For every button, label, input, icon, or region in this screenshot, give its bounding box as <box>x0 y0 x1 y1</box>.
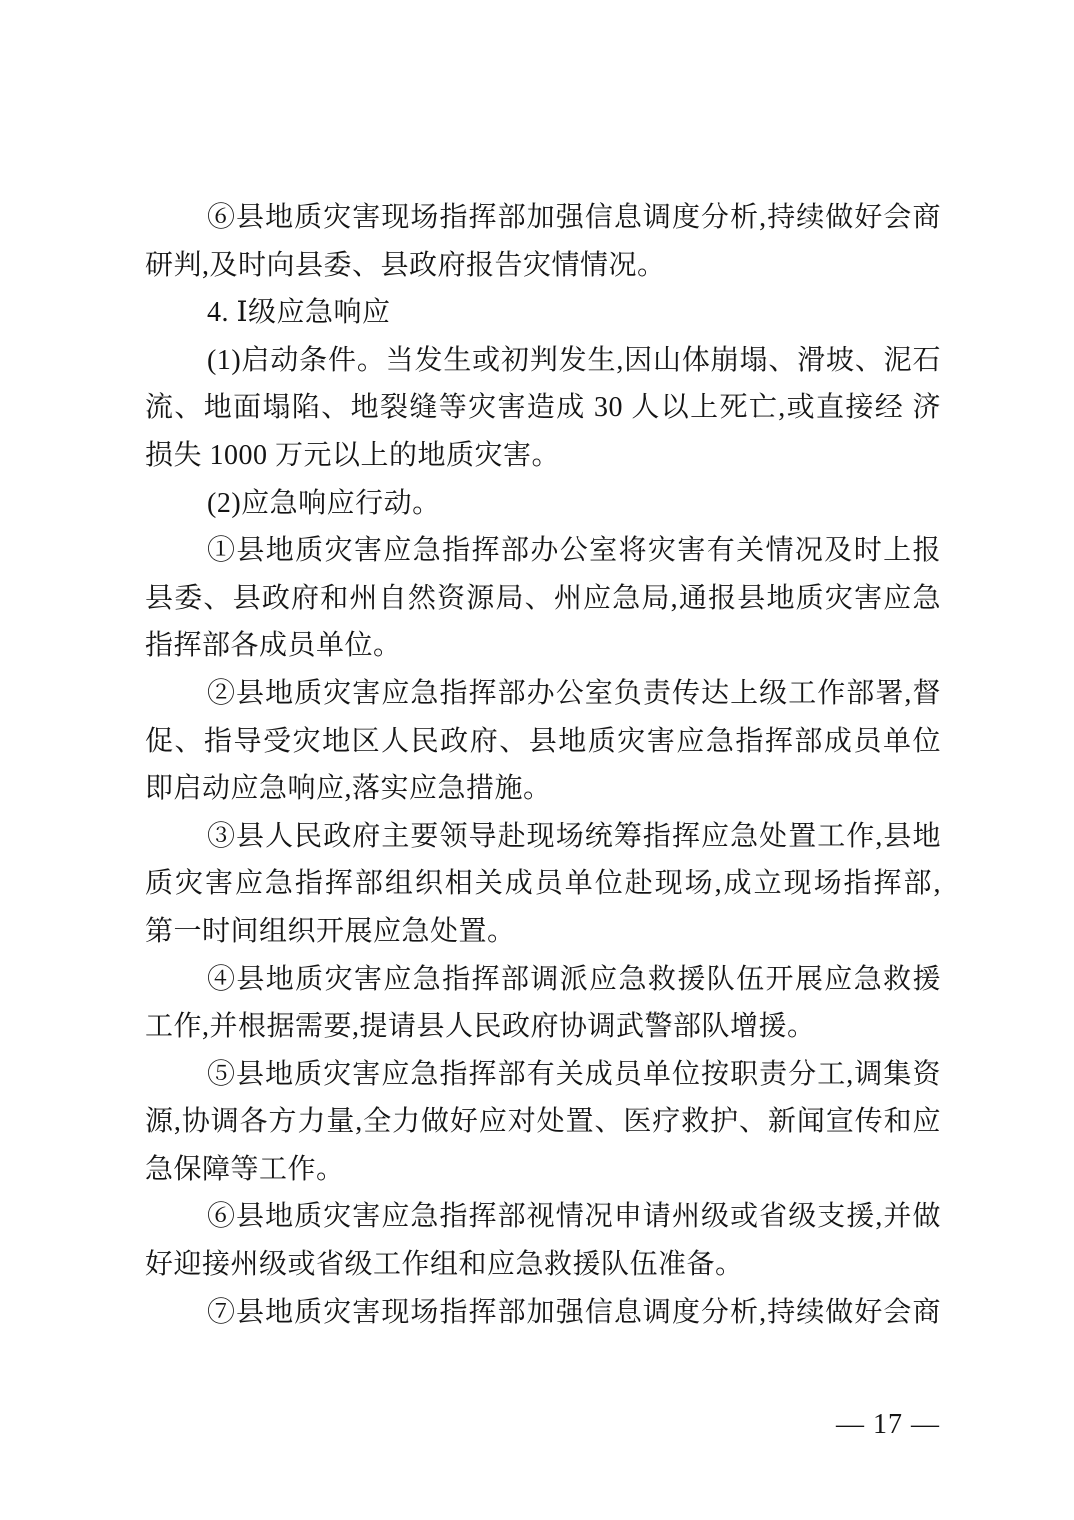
text-line: ⑥县地质灾害现场指挥部加强信息调度分析,持续做好会商 <box>145 194 941 242</box>
paragraph: ⑥县地质灾害应急指挥部视情况申请州级或省级支援,并做 好迎接州级或省级工作组和应… <box>145 1193 941 1288</box>
paragraph: ⑦县地质灾害现场指挥部加强信息调度分析,持续做好会商 <box>145 1289 941 1337</box>
text-line: 促、指导受灾地区人民政府、县地质灾害应急指挥部成员单位立 <box>145 718 941 766</box>
paragraph-heading: 4. Ⅰ级应急响应 <box>145 289 941 337</box>
paragraph: ⑥县地质灾害现场指挥部加强信息调度分析,持续做好会商 研判,及时向县委、县政府报… <box>145 194 941 289</box>
text-line: ③县人民政府主要领导赴现场统筹指挥应急处置工作,县地 <box>145 813 941 861</box>
paragraph: (1)启动条件。当发生或初判发生,因山体崩塌、滑坡、泥石 流、地面塌陷、地裂缝等… <box>145 337 941 480</box>
text-line: 流、地面塌陷、地裂缝等灾害造成 30 人以上死亡,或直接经 济 <box>145 384 941 432</box>
text-line: 质灾害应急指挥部组织相关成员单位赴现场,成立现场指挥部, <box>145 860 941 908</box>
text-line: 急保障等工作。 <box>145 1146 941 1194</box>
text-line: (1)启动条件。当发生或初判发生,因山体崩塌、滑坡、泥石 <box>145 337 941 385</box>
text-line: ①县地质灾害应急指挥部办公室将灾害有关情况及时上报 <box>145 527 941 575</box>
paragraph: ①县地质灾害应急指挥部办公室将灾害有关情况及时上报 县委、县政府和州自然资源局、… <box>145 527 941 670</box>
text-line: 指挥部各成员单位。 <box>145 622 941 670</box>
text-line: 工作,并根据需要,提请县人民政府协调武警部队增援。 <box>145 1003 941 1051</box>
text-line: ⑦县地质灾害现场指挥部加强信息调度分析,持续做好会商 <box>145 1289 941 1337</box>
paragraph: ⑤县地质灾害应急指挥部有关成员单位按职责分工,调集资 源,协调各方力量,全力做好… <box>145 1051 941 1194</box>
paragraph: (2)应急响应行动。 <box>145 480 941 528</box>
text-line: 损失 1000 万元以上的地质灾害。 <box>145 432 941 480</box>
text-line: 即启动应急响应,落实应急措施。 <box>145 765 941 813</box>
text-line: 4. Ⅰ级应急响应 <box>145 289 941 337</box>
document-page: ⑥县地质灾害现场指挥部加强信息调度分析,持续做好会商 研判,及时向县委、县政府报… <box>0 0 1074 1520</box>
text-line: (2)应急响应行动。 <box>145 480 941 528</box>
text-line: 源,协调各方力量,全力做好应对处置、医疗救护、新闻宣传和应 <box>145 1098 941 1146</box>
text-line: 第一时间组织开展应急处置。 <box>145 908 941 956</box>
page-number: — 17 — <box>836 1405 940 1445</box>
text-line: ⑥县地质灾害应急指挥部视情况申请州级或省级支援,并做 <box>145 1193 941 1241</box>
paragraph: ②县地质灾害应急指挥部办公室负责传达上级工作部署,督 促、指导受灾地区人民政府、… <box>145 670 941 813</box>
text-line: ④县地质灾害应急指挥部调派应急救援队伍开展应急救援 <box>145 956 941 1004</box>
text-line: 好迎接州级或省级工作组和应急救援队伍准备。 <box>145 1241 941 1289</box>
paragraph: ③县人民政府主要领导赴现场统筹指挥应急处置工作,县地 质灾害应急指挥部组织相关成… <box>145 813 941 956</box>
document-body: ⑥县地质灾害现场指挥部加强信息调度分析,持续做好会商 研判,及时向县委、县政府报… <box>145 194 941 1336</box>
paragraph: ④县地质灾害应急指挥部调派应急救援队伍开展应急救援 工作,并根据需要,提请县人民… <box>145 956 941 1051</box>
text-line: 县委、县政府和州自然资源局、州应急局,通报县地质灾害应急 <box>145 575 941 623</box>
text-line: 研判,及时向县委、县政府报告灾情情况。 <box>145 242 941 290</box>
text-line: ⑤县地质灾害应急指挥部有关成员单位按职责分工,调集资 <box>145 1051 941 1099</box>
text-line: ②县地质灾害应急指挥部办公室负责传达上级工作部署,督 <box>145 670 941 718</box>
